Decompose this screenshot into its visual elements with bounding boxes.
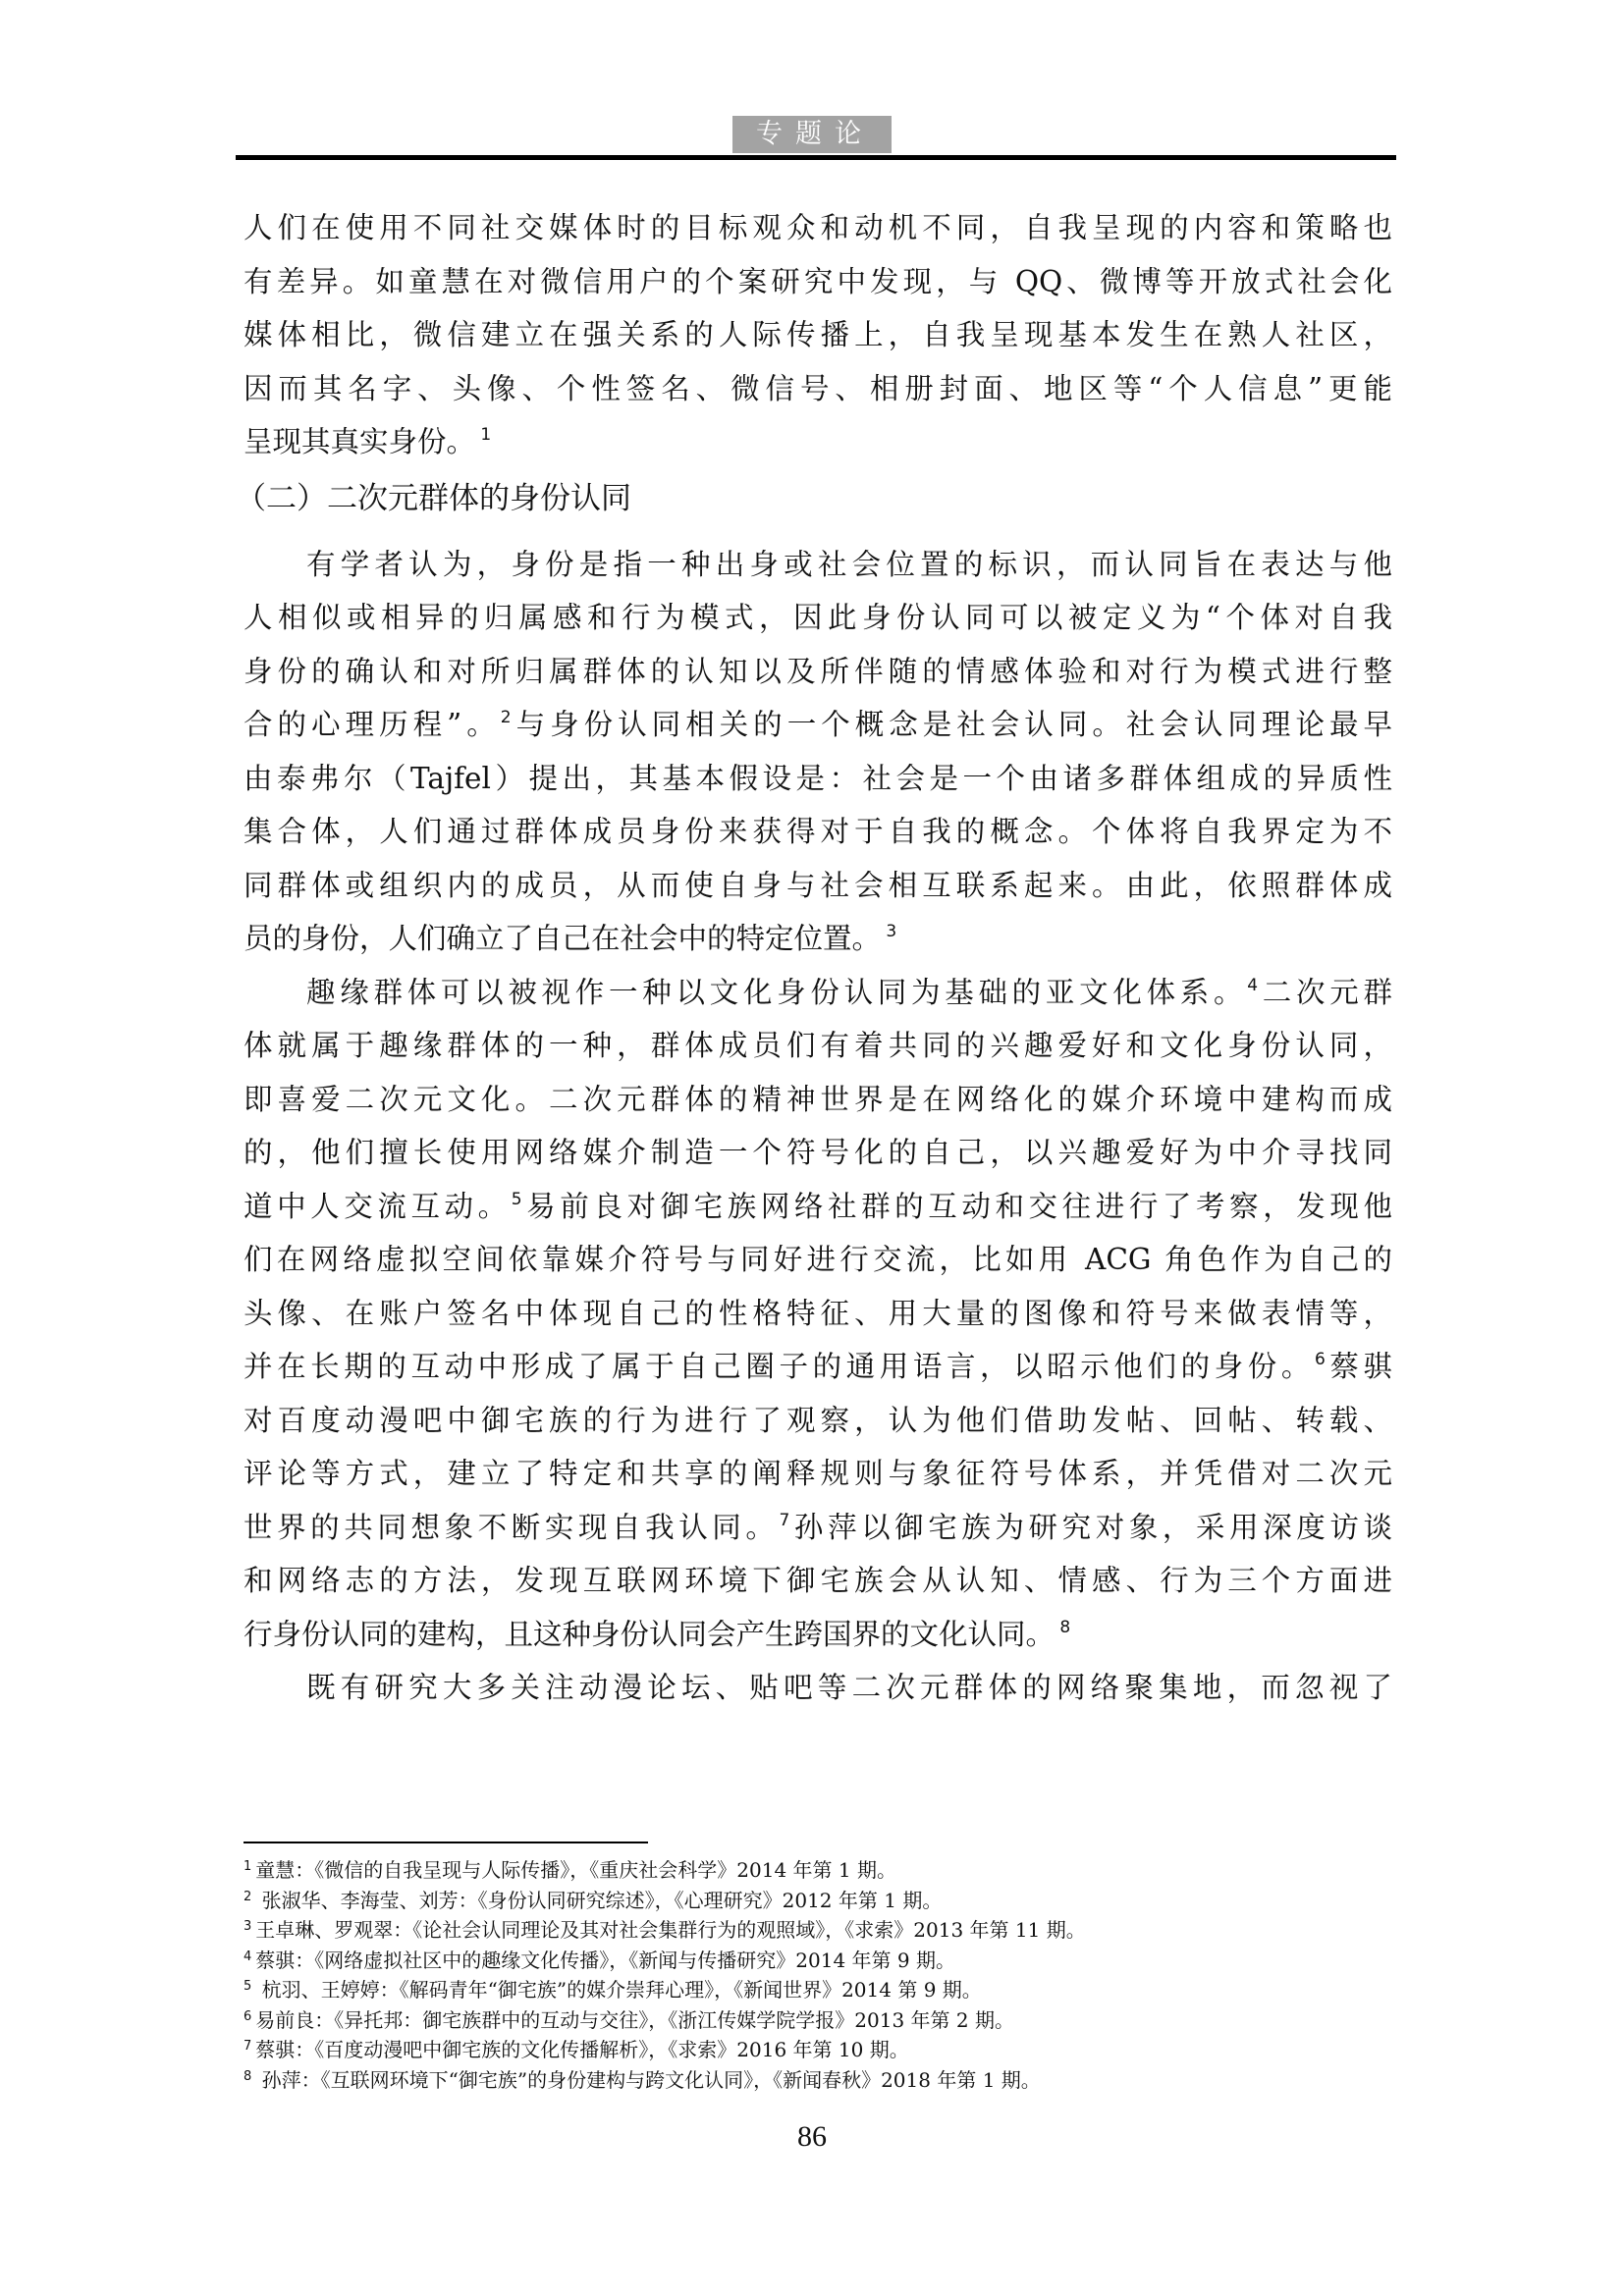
text-segment: 由泰弗尔（Tajfel）提出，其基本假设是：社会是一个由诸多群体组成的异质性 (244, 762, 1392, 795)
section-title: （二）二次元群体的身份认同 (236, 469, 1392, 538)
text-line: 同群体或组织内的成员，从而使自身与社会相互联系起来。由此，依照群体成 (244, 859, 1392, 913)
text-line: 有差异。如童慧在对微信用户的个案研究中发现，与 QQ、微博等开放式社会化 (244, 255, 1392, 309)
text-line: 既有研究大多关注动漫论坛、贴吧等二次元群体的网络聚集地，而忽视了 (244, 1661, 1392, 1715)
text-segment: 二次元群 (1258, 976, 1392, 1009)
footnote-number: 8 (244, 2069, 251, 2084)
footnote-item: 2 张淑华、李海莹、刘芳：《身份认同研究综述》，《心理研究》2012 年第 1 … (244, 1886, 1392, 1916)
text-segment: 既有研究大多关注动漫论坛、贴吧等二次元群体的网络聚集地，而忽视了 (306, 1671, 1392, 1704)
text-line: 合的心理历程”。2与身份认同相关的一个概念是社会认同。社会认同理论最早 (244, 698, 1392, 752)
text-line: 媒体相比，微信建立在强关系的人际传播上，自我呈现基本发生在熟人社区， (244, 308, 1392, 362)
text-segment: 呈现其真实身份。 (244, 425, 475, 458)
footnote-marker[interactable]: 3 (881, 922, 896, 941)
text-line: 世界的共同想象不断实现自我认同。7孙萍以御宅族为研究对象，采用深度访谈 (244, 1501, 1392, 1555)
text-segment: 头像、在账户签名中体现自己的性格特征、用大量的图像和符号来做表情等， (244, 1297, 1392, 1330)
footnote-marker[interactable]: 8 (1055, 1618, 1070, 1637)
footnote-text: 杭羽、王婷婷：《解码青年“御宅族”的媒介崇拜心理》，《新闻世界》2014 第 9… (255, 1978, 982, 2002)
text-segment: 对百度动漫吧中御宅族的行为进行了观察，认为他们借助发帖、回帖、转载、 (244, 1404, 1392, 1437)
paragraph-identity-definition: 有学者认为，身份是指一种出身或社会位置的标识，而认同旨在表达与他人相似或相异的归… (244, 538, 1392, 966)
text-segment: 有学者认为，身份是指一种出身或社会位置的标识，而认同旨在表达与他 (306, 548, 1392, 581)
text-segment: 因而其名字、头像、个性签名、微信号、相册封面、地区等“个人信息”更能 (244, 372, 1392, 405)
text-segment: 趣缘群体可以被视作一种以文化身份认同为基础的亚文化体系。 (306, 976, 1247, 1009)
footnote-marker[interactable]: 7 (779, 1511, 789, 1530)
footnotes: 1童慧：《微信的自我呈现与人际传播》，《重庆社会科学》2014 年第 1 期。2… (244, 1855, 1392, 2095)
text-segment: 即喜爱二次元文化。二次元群体的精神世界是在网络化的媒介环境中建构而成 (244, 1083, 1392, 1116)
text-line: 员的身份，人们确立了自己在社会中的特定位置。 3 (244, 912, 1392, 966)
page-number: 86 (0, 2120, 1624, 2154)
footnote-item: 4蔡骐：《网络虚拟社区中的趣缘文化传播》，《新闻与传播研究》2014 年第 9 … (244, 1946, 1392, 1976)
paragraph-existing-research: 既有研究大多关注动漫论坛、贴吧等二次元群体的网络聚集地，而忽视了 (244, 1661, 1392, 1715)
footnote-text: 童慧：《微信的自我呈现与人际传播》，《重庆社会科学》2014 年第 1 期。 (255, 1858, 896, 1882)
header-rule (236, 155, 1396, 160)
footnote-text: 易前良：《异托邦：御宅族群中的互动与交往》，《浙江传媒学院学报》2013 年第 … (255, 2008, 1014, 2032)
footnote-number: 1 (244, 1859, 251, 1874)
text-line: 行身份认同的建构，且这种身份认同会产生跨国界的文化认同。 8 (244, 1608, 1392, 1662)
footnote-number: 3 (244, 1919, 251, 1934)
text-segment: 人们在使用不同社交媒体时的目标观众和动机不同，自我呈现的内容和策略也 (244, 211, 1392, 244)
intro-paragraph: 人们在使用不同社交媒体时的目标观众和动机不同，自我呈现的内容和策略也有差异。如童… (244, 201, 1392, 469)
text-line: 由泰弗尔（Tajfel）提出，其基本假设是：社会是一个由诸多群体组成的异质性 (244, 752, 1392, 806)
text-line: 评论等方式，建立了特定和共享的阐释规则与象征符号体系，并凭借对二次元 (244, 1447, 1392, 1501)
footnote-marker[interactable]: 1 (475, 425, 491, 445)
text-segment: 评论等方式，建立了特定和共享的阐释规则与象征符号体系，并凭借对二次元 (244, 1457, 1392, 1490)
footnote-number: 5 (244, 1979, 251, 1994)
footnote-number: 2 (244, 1890, 251, 1904)
body-text: 人们在使用不同社交媒体时的目标观众和动机不同，自我呈现的内容和策略也有差异。如童… (244, 201, 1392, 1715)
text-segment: 媒体相比，微信建立在强关系的人际传播上，自我呈现基本发生在熟人社区， (244, 318, 1392, 351)
text-segment: 身份的确认和对所归属群体的认知以及所伴随的情感体验和对行为模式进行整 (244, 655, 1392, 688)
text-line: 体就属于趣缘群体的一种，群体成员们有着共同的兴趣爱好和文化身份认同， (244, 1019, 1392, 1073)
text-segment: 易前良对御宅族网络社群的互动和交往进行了考察，发现他 (522, 1190, 1392, 1223)
text-line: 的，他们擅长使用网络媒介制造一个符号化的自己，以兴趣爱好为中介寻找同 (244, 1126, 1392, 1180)
text-line: 趣缘群体可以被视作一种以文化身份认同为基础的亚文化体系。4二次元群 (244, 966, 1392, 1020)
text-line: 头像、在账户签名中体现自己的性格特征、用大量的图像和符号来做表情等， (244, 1287, 1392, 1341)
text-segment: 员的身份，人们确立了自己在社会中的特定位置。 (244, 922, 881, 955)
text-segment: 和网络志的方法，发现互联网环境下御宅族会从认知、情感、行为三个方面进 (244, 1564, 1392, 1597)
text-segment: 世界的共同想象不断实现自我认同。 (244, 1511, 779, 1544)
text-line: 对百度动漫吧中御宅族的行为进行了观察，认为他们借助发帖、回帖、转载、 (244, 1394, 1392, 1448)
footnote-text: 蔡骐：《百度动漫吧中御宅族的文化传播解析》，《求索》2016 年第 10 期。 (255, 2038, 908, 2061)
footnote-number: 6 (244, 2009, 251, 2024)
footnote-item: 3王卓琳、罗观翠：《论社会认同理论及其对社会集群行为的观照域》，《求索》2013… (244, 1915, 1392, 1946)
text-line: 身份的确认和对所归属群体的认知以及所伴随的情感体验和对行为模式进行整 (244, 645, 1392, 699)
text-segment: 并在长期的互动中形成了属于自己圈子的通用语言，以昭示他们的身份。 (244, 1350, 1315, 1383)
text-segment: 们在网络虚拟空间依靠媒介符号与同好进行交流，比如用 ACG 角色作为自己的 (244, 1243, 1392, 1276)
footnote-text: 王卓琳、罗观翠：《论社会认同理论及其对社会集群行为的观照域》，《求索》2013 … (255, 1918, 1085, 1942)
footnote-item: 1童慧：《微信的自我呈现与人际传播》，《重庆社会科学》2014 年第 1 期。 (244, 1855, 1392, 1886)
text-segment: 集合体，人们通过群体成员身份来获得对于自我的概念。个体将自我界定为不 (244, 815, 1392, 848)
footnote-marker[interactable]: 4 (1247, 976, 1258, 995)
footnote-marker[interactable]: 6 (1315, 1350, 1326, 1369)
text-segment: 道中人交流互动。 (244, 1190, 512, 1223)
text-line: 并在长期的互动中形成了属于自己圈子的通用语言，以昭示他们的身份。6蔡骐 (244, 1340, 1392, 1394)
text-segment: 体就属于趣缘群体的一种，群体成员们有着共同的兴趣爱好和文化身份认同， (244, 1029, 1392, 1062)
text-line: 集合体，人们通过群体成员身份来获得对于自我的概念。个体将自我界定为不 (244, 805, 1392, 859)
text-segment: 有差异。如童慧在对微信用户的个案研究中发现，与 QQ、微博等开放式社会化 (244, 265, 1392, 298)
text-segment: 同群体或组织内的成员，从而使自身与社会相互联系起来。由此，依照群体成 (244, 869, 1392, 902)
footnote-marker[interactable]: 2 (501, 708, 512, 727)
footnote-rule (244, 1842, 648, 1843)
text-segment: 孙萍以御宅族为研究对象，采用深度访谈 (789, 1511, 1392, 1544)
running-header-label: 专题论文 (732, 116, 892, 153)
text-segment: 蔡骐 (1326, 1350, 1392, 1383)
text-line: 因而其名字、头像、个性签名、微信号、相册封面、地区等“个人信息”更能 (244, 362, 1392, 416)
footnote-text: 蔡骐：《网络虚拟社区中的趣缘文化传播》，《新闻与传播研究》2014 年第 9 期… (255, 1949, 955, 1972)
footnote-text: 张淑华、李海莹、刘芳：《身份认同研究综述》，《心理研究》2012 年第 1 期。 (255, 1889, 942, 1912)
footnote-marker[interactable]: 5 (512, 1190, 522, 1209)
text-line: 们在网络虚拟空间依靠媒介符号与同好进行交流，比如用 ACG 角色作为自己的 (244, 1233, 1392, 1287)
footnote-text: 孙萍：《互联网环境下“御宅族”的身份建构与跨文化认同》，《新闻春秋》2018 年… (255, 2068, 1041, 2092)
text-line: 人相似或相异的归属感和行为模式，因此身份认同可以被定义为“个体对自我 (244, 591, 1392, 645)
text-line: 道中人交流互动。5易前良对御宅族网络社群的互动和交往进行了考察，发现他 (244, 1180, 1392, 1234)
text-segment: 与身份认同相关的一个概念是社会认同。社会认同理论最早 (512, 708, 1392, 741)
footnote-item: 6易前良：《异托邦：御宅族群中的互动与交往》，《浙江传媒学院学报》2013 年第… (244, 2005, 1392, 2036)
text-line: 有学者认为，身份是指一种出身或社会位置的标识，而认同旨在表达与他 (244, 538, 1392, 592)
text-line: 呈现其真实身份。 1 (244, 415, 1392, 469)
footnote-number: 7 (244, 2039, 251, 2054)
text-segment: 合的心理历程”。 (244, 708, 501, 741)
footnote-item: 8 孙萍：《互联网环境下“御宅族”的身份建构与跨文化认同》，《新闻春秋》2018… (244, 2065, 1392, 2096)
paragraph-interest-groups: 趣缘群体可以被视作一种以文化身份认同为基础的亚文化体系。4二次元群体就属于趣缘群… (244, 966, 1392, 1662)
text-segment: 人相似或相异的归属感和行为模式，因此身份认同可以被定义为“个体对自我 (244, 601, 1392, 634)
text-segment: 的，他们擅长使用网络媒介制造一个符号化的自己，以兴趣爱好为中介寻找同 (244, 1136, 1392, 1169)
text-line: 即喜爱二次元文化。二次元群体的精神世界是在网络化的媒介环境中建构而成 (244, 1073, 1392, 1127)
text-line: 和网络志的方法，发现互联网环境下御宅族会从认知、情感、行为三个方面进 (244, 1554, 1392, 1608)
footnote-item: 7蔡骐：《百度动漫吧中御宅族的文化传播解析》，《求索》2016 年第 10 期。 (244, 2035, 1392, 2065)
footnote-item: 5 杭羽、王婷婷：《解码青年“御宅族”的媒介崇拜心理》，《新闻世界》2014 第… (244, 1975, 1392, 2005)
footnote-number: 4 (244, 1949, 251, 1964)
text-line: 人们在使用不同社交媒体时的目标观众和动机不同，自我呈现的内容和策略也 (244, 201, 1392, 255)
text-segment: 行身份认同的建构，且这种身份认同会产生跨国界的文化认同。 (244, 1618, 1055, 1651)
